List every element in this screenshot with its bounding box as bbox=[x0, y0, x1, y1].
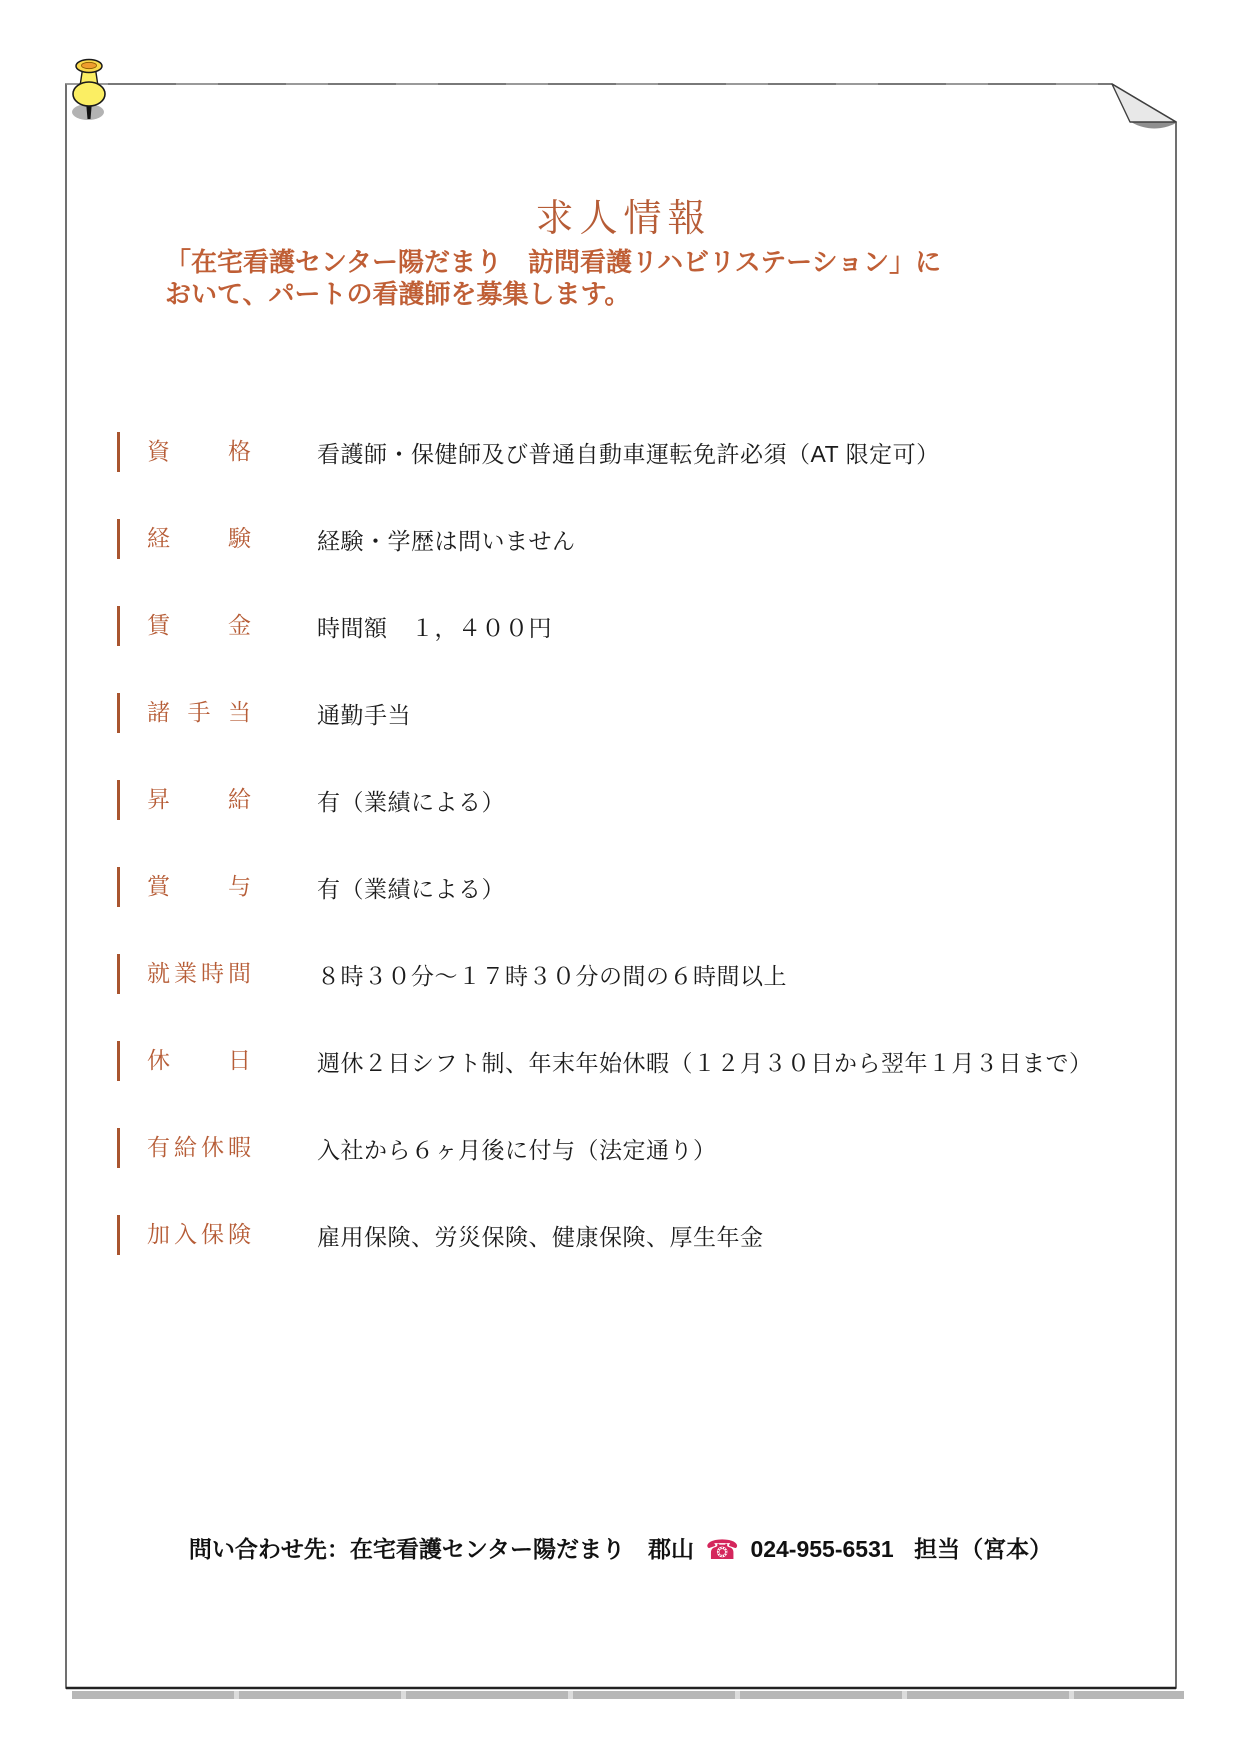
row-label: 諸手当 bbox=[147, 700, 251, 725]
row-marker-bar bbox=[117, 780, 120, 820]
job-detail-row-bonus: 賞与 有（業績による） bbox=[65, 865, 1176, 909]
row-label: 就業時間 bbox=[147, 961, 251, 986]
row-marker-bar bbox=[117, 1215, 120, 1255]
contact-info: 問い合わせ先：在宅看護センター陽だまり 郡山 ☎ 024-955-6531 担当… bbox=[65, 1531, 1176, 1566]
row-marker-bar bbox=[117, 432, 120, 472]
telephone-icon: ☎ bbox=[705, 1535, 739, 1565]
row-marker-bar bbox=[117, 954, 120, 994]
contact-person: 担当（宮本） bbox=[914, 1536, 1052, 1562]
row-marker-bar bbox=[117, 1128, 120, 1168]
intro-text: 「在宅看護センター陽だまり 訪問看護リハビリステーション」に おいて、パートの看… bbox=[165, 246, 1095, 310]
row-marker-bar bbox=[117, 693, 120, 733]
row-value: 経験・学歴は問いません bbox=[317, 523, 576, 556]
phone-number: 024-955-6531 bbox=[750, 1536, 893, 1562]
job-detail-row-allowances: 諸手当 通勤手当 bbox=[65, 691, 1176, 735]
row-label: 賃金 bbox=[147, 613, 251, 638]
row-value: 時間額 １，４００円 bbox=[317, 610, 552, 643]
job-detail-row-holidays: 休日 週休２日シフト制、年末年始休暇（１２月３０日から翌年１月３日まで） bbox=[65, 1039, 1176, 1083]
row-label: 経験 bbox=[147, 526, 251, 551]
row-label: 加入保険 bbox=[147, 1222, 251, 1247]
contact-prefix: 問い合わせ先：在宅看護センター陽だまり 郡山 bbox=[189, 1536, 694, 1562]
row-label: 休日 bbox=[147, 1048, 251, 1073]
job-detail-row-experience: 経験 経験・学歴は問いません bbox=[65, 517, 1176, 561]
row-marker-bar bbox=[117, 606, 120, 646]
job-detail-row-raise: 昇給 有（業績による） bbox=[65, 778, 1176, 822]
job-detail-row-paid-leave: 有給休暇 入社から６ヶ月後に付与（法定通り） bbox=[65, 1126, 1176, 1170]
row-marker-bar bbox=[117, 519, 120, 559]
row-value: 週休２日シフト制、年末年始休暇（１２月３０日から翌年１月３日まで） bbox=[317, 1045, 1093, 1078]
row-label: 賞与 bbox=[147, 874, 251, 899]
row-label: 資格 bbox=[147, 439, 251, 464]
row-value: 雇用保険、労災保険、健康保険、厚生年金 bbox=[317, 1219, 764, 1252]
row-value: 有（業績による） bbox=[317, 871, 505, 904]
intro-line-1: 「在宅看護センター陽だまり 訪問看護リハビリステーション」に bbox=[165, 246, 1095, 278]
job-posting-page: 求人情報 「在宅看護センター陽だまり 訪問看護リハビリステーション」に おいて、… bbox=[0, 0, 1241, 1755]
row-value: 有（業績による） bbox=[317, 784, 505, 817]
job-detail-row-working-hours: 就業時間 ８時３０分～１７時３０分の間の６時間以上 bbox=[65, 952, 1176, 996]
job-detail-row-wage: 賃金 時間額 １，４００円 bbox=[65, 604, 1176, 648]
row-value: 看護師・保健師及び普通自動車運転免許必須（AT 限定可） bbox=[317, 436, 940, 469]
row-label: 昇給 bbox=[147, 787, 251, 812]
row-value: ８時３０分～１７時３０分の間の６時間以上 bbox=[317, 958, 787, 991]
row-value: 入社から６ヶ月後に付与（法定通り） bbox=[317, 1132, 717, 1165]
row-label: 有給休暇 bbox=[147, 1135, 251, 1160]
intro-line-2: おいて、パートの看護師を募集します。 bbox=[165, 278, 1095, 310]
job-detail-row-qualification: 資格 看護師・保健師及び普通自動車運転免許必須（AT 限定可） bbox=[65, 430, 1176, 474]
sheet-content: 求人情報 「在宅看護センター陽だまり 訪問看護リハビリステーション」に おいて、… bbox=[65, 83, 1176, 1688]
job-detail-row-insurance: 加入保険 雇用保険、労災保険、健康保険、厚生年金 bbox=[65, 1213, 1176, 1257]
row-marker-bar bbox=[117, 1041, 120, 1081]
job-details-list: 資格 看護師・保健師及び普通自動車運転免許必須（AT 限定可） 経験 経験・学歴… bbox=[65, 430, 1176, 1300]
page-title: 求人情報 bbox=[65, 187, 1176, 242]
row-value: 通勤手当 bbox=[317, 697, 411, 730]
row-marker-bar bbox=[117, 867, 120, 907]
